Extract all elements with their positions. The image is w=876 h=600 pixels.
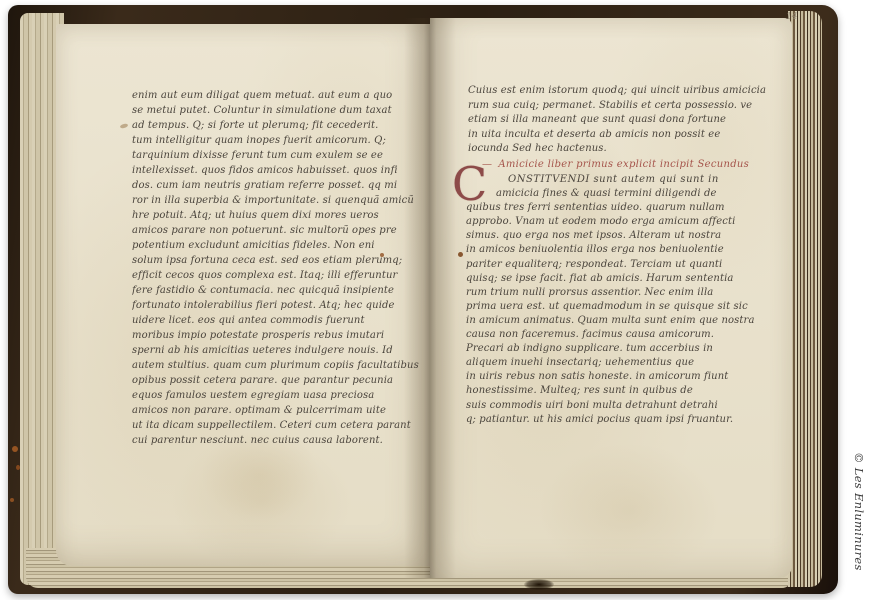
manuscript-line: Precari ab indigno supplicare. tum accer…	[466, 342, 766, 356]
manuscript-line: ONSTITVENDI sunt autem qui sunt in	[466, 173, 766, 187]
manuscript-line: in amicum animatus. Quam multa sunt enim…	[466, 314, 766, 328]
rust-spot	[12, 446, 18, 452]
manuscript-line: tarquinium dixisse ferunt tum cum exulem…	[132, 148, 426, 163]
manuscript-line: in uita inculta et deserta ab amicis non…	[468, 128, 768, 143]
manuscript-line: intellexisset. quos fidos amicos habuiss…	[132, 163, 426, 178]
right-page-intro-block: Cuius est enim istorum quodq; qui uincit…	[468, 84, 768, 157]
ink-dot	[380, 253, 384, 257]
manuscript-line: iocunda Sed hec hactenus.	[468, 142, 768, 157]
manuscript-line: fere fastidio & contumacia. nec quicquã …	[132, 283, 426, 298]
manuscript-line: pariter equaliterq; respondeat. Terciam …	[466, 258, 766, 272]
manuscript-line: rum trium nulli prorsus assentior. Nec e…	[466, 286, 766, 300]
manuscript-line: cui parentur nesciunt. nec cuius causa l…	[132, 433, 426, 448]
manuscript-line: dos. cum iam neutris gratiam referre pos…	[132, 178, 426, 193]
folio-number: 14	[786, 12, 797, 22]
rubric-explicit-incipit: —Amicicie liber primus explicit incipit …	[468, 158, 768, 172]
manuscript-line: quisq; se ipse facit. fiat ab amicis. Ha…	[466, 272, 766, 286]
manuscript-line: autem stultius. quam cum plurimum copiis…	[132, 358, 426, 373]
manuscript-photo: enim aut eum diligat quem metuat. aut eu…	[0, 0, 876, 600]
manuscript-line: ut ita dicam suppellectilem. Ceteri cum …	[132, 418, 426, 433]
photo-credit: © Les Enluminures	[852, 452, 866, 571]
rust-spot	[10, 498, 14, 502]
manuscript-line: hre potuit. Atq; ut huius quem dixi more…	[132, 208, 426, 223]
right-page-body-block: ONSTITVENDI sunt autem qui sunt in amici…	[466, 173, 766, 427]
manuscript-line: simus. quo erga nos met ipsos. Alteram u…	[466, 229, 766, 243]
manuscript-line: approbo. Vnam ut eodem modo erga amicum …	[466, 215, 766, 229]
manuscript-line: fortunato intolerabilius fieri potest. A…	[132, 298, 426, 313]
manuscript-line: enim aut eum diligat quem metuat. aut eu…	[132, 88, 426, 103]
manuscript-line: moribus impio potestate prosperis rebus …	[132, 328, 426, 343]
manuscript-line: ad tempus. Q; si forte ut plerumq; fit c…	[132, 118, 426, 133]
manuscript-line: in uiris rebus non satis honeste. in ami…	[466, 370, 766, 384]
manuscript-line: equos famulos uestem egregiam uasa preci…	[132, 388, 426, 403]
page-edges-right	[788, 11, 822, 587]
manuscript-line: causa non faceremus. facimus causa amico…	[466, 328, 766, 342]
manuscript-line: ror in illa superbia & importunitate. si…	[132, 193, 426, 208]
manuscript-line: uidere licet. eos qui antea commodis fue…	[132, 313, 426, 328]
manuscript-line: prima uera est. ut quemadmodum in se qui…	[466, 300, 766, 314]
manuscript-line: quibus tres ferri sententias uideo. quar…	[466, 201, 766, 215]
manuscript-line: q; patiantur. ut his amici pocius quam i…	[466, 413, 766, 427]
manuscript-line: aliquem inuehi insectariq; uehementius q…	[466, 356, 766, 370]
manuscript-line: Cuius est enim istorum quodq; qui uincit…	[468, 84, 768, 99]
manuscript-line: tum intelligitur quam inopes fuerit amic…	[132, 133, 426, 148]
manuscript-line: suis commodis uiri boni multa detrahunt …	[466, 399, 766, 413]
left-page-text-block: enim aut eum diligat quem metuat. aut eu…	[132, 88, 426, 448]
manuscript-line: potentium excludunt amicitias fideles. N…	[132, 238, 426, 253]
manuscript-line: honestissime. Multeq; res sunt in quibus…	[466, 384, 766, 398]
gutter-bottom-shadow	[524, 579, 554, 590]
rust-spot	[16, 465, 20, 470]
manuscript-line: rum sua cuiq; permanet. Stabilis et cert…	[468, 99, 768, 114]
manuscript-line: amicos parare non potuerunt. sic multorũ…	[132, 223, 426, 238]
manuscript-line: efficit cecos quos complexa est. Itaq; i…	[132, 268, 426, 283]
ink-dot	[458, 252, 463, 257]
manuscript-line: amicicia fines & quasi termini diligendi…	[466, 187, 766, 201]
manuscript-line: se metui putet. Coluntur in simulatione …	[132, 103, 426, 118]
manuscript-line: sperni ab his amicitias ueteres indulger…	[132, 343, 426, 358]
manuscript-line: etiam si illa maneant que sunt quasi don…	[468, 113, 768, 128]
rubric-text: Amicicie liber primus explicit incipit S…	[498, 159, 749, 170]
manuscript-line: amicos non parare. optimam & pulcerrimam…	[132, 403, 426, 418]
manuscript-line: opibus possit cetera parare. que parantu…	[132, 373, 426, 388]
manuscript-line: in amicos beniuolentia illos erga nos be…	[466, 243, 766, 257]
